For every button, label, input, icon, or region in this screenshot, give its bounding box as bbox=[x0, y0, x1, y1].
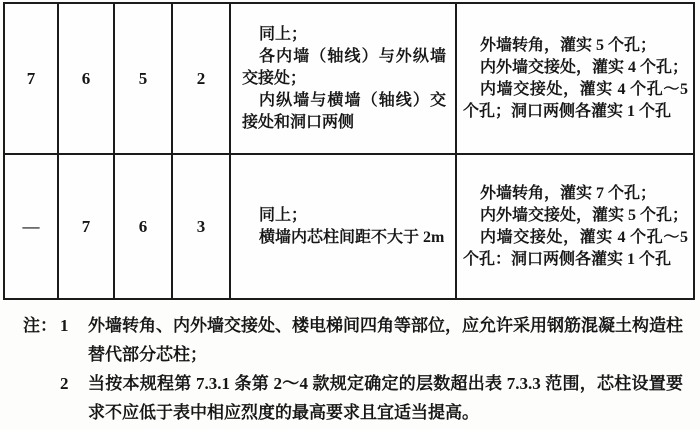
requirement-paragraph: 内外墙交接处，灌实 5 个孔； bbox=[463, 205, 688, 227]
cell-value: 7 bbox=[82, 217, 91, 236]
cell-value: — bbox=[23, 217, 40, 236]
cell-value: 6 bbox=[82, 69, 91, 88]
cell-value: 5 bbox=[139, 69, 148, 88]
requirement-paragraph: 外墙转角，灌实 5 个孔； bbox=[463, 35, 688, 57]
intensity-value-cell: — bbox=[4, 154, 58, 299]
scanned-document-page: 7 6 5 2 同上； 各内墙（轴线）与外纵墙交接处； 内纵墙与横墙（轴线）交接… bbox=[0, 0, 700, 430]
cell-value: 3 bbox=[197, 217, 206, 236]
intensity-value-cell: 6 bbox=[58, 3, 114, 154]
cell-value: 2 bbox=[197, 69, 206, 88]
requirement-paragraph: 内墙交接处，灌实 4 个孔～5 个孔：洞口两侧各灌实 1 个孔 bbox=[463, 227, 688, 271]
cell-value: 6 bbox=[139, 217, 148, 236]
note-number: 2 bbox=[60, 369, 88, 398]
table-row: 7 6 5 2 同上； 各内墙（轴线）与外纵墙交接处； 内纵墙与横墙（轴线）交接… bbox=[4, 3, 694, 154]
intensity-value-cell: 2 bbox=[172, 3, 230, 154]
core-column-spec-table: 7 6 5 2 同上； 各内墙（轴线）与外纵墙交接处； 内纵墙与横墙（轴线）交接… bbox=[3, 2, 695, 300]
location-paragraph: 同上； bbox=[242, 24, 446, 46]
requirement-paragraph: 内墙交接处，灌实 4 个孔～5 个孔；洞口两侧各灌实 1 个孔 bbox=[463, 79, 688, 123]
location-paragraph: 横墙内芯柱间距不大于 2m bbox=[242, 227, 446, 249]
table-notes: 注： 1 外墙转角、内外墙交接处、楼电梯间四角等部位，应允许采用钢筋混凝土构造柱… bbox=[23, 311, 683, 427]
intensity-value-cell: 7 bbox=[58, 154, 114, 299]
requirement-cell: 外墙转角，灌实 7 个孔； 内外墙交接处，灌实 5 个孔； 内墙交接处，灌实 4… bbox=[456, 154, 694, 299]
cell-value: 7 bbox=[27, 69, 36, 88]
intensity-value-cell: 7 bbox=[4, 3, 58, 154]
note-text: 外墙转角、内外墙交接处、楼电梯间四角等部位，应允许采用钢筋混凝土构造柱替代部分芯… bbox=[88, 311, 683, 369]
notes-label: 注： bbox=[23, 311, 60, 340]
note-text: 当按本规程第 7.3.1 条第 2～4 款规定确定的层数超出表 7.3.3 范围… bbox=[88, 369, 683, 427]
table-row: — 7 6 3 同上； 横墙内芯柱间距不大于 2m 外墙转角，灌实 7 个孔； bbox=[4, 154, 694, 299]
location-paragraph: 各内墙（轴线）与外纵墙交接处； bbox=[242, 46, 446, 90]
intensity-value-cell: 6 bbox=[114, 154, 172, 299]
requirement-paragraph: 内外墙交接处，灌实 4 个孔； bbox=[463, 57, 688, 79]
location-cell: 同上； 横墙内芯柱间距不大于 2m bbox=[230, 154, 456, 299]
intensity-value-cell: 5 bbox=[114, 3, 172, 154]
location-paragraph: 同上； bbox=[242, 205, 446, 227]
note-item: 2 当按本规程第 7.3.1 条第 2～4 款规定确定的层数超出表 7.3.3 … bbox=[23, 369, 683, 427]
requirement-paragraph: 外墙转角，灌实 7 个孔； bbox=[463, 183, 688, 205]
location-paragraph: 内纵墙与横墙（轴线）交接处和洞口两侧 bbox=[242, 90, 446, 134]
requirement-cell: 外墙转角，灌实 5 个孔； 内外墙交接处，灌实 4 个孔； 内墙交接处，灌实 4… bbox=[456, 3, 694, 154]
intensity-value-cell: 3 bbox=[172, 154, 230, 299]
note-number: 1 bbox=[60, 311, 88, 340]
note-item: 注： 1 外墙转角、内外墙交接处、楼电梯间四角等部位，应允许采用钢筋混凝土构造柱… bbox=[23, 311, 683, 369]
location-cell: 同上； 各内墙（轴线）与外纵墙交接处； 内纵墙与横墙（轴线）交接处和洞口两侧 bbox=[230, 3, 456, 154]
